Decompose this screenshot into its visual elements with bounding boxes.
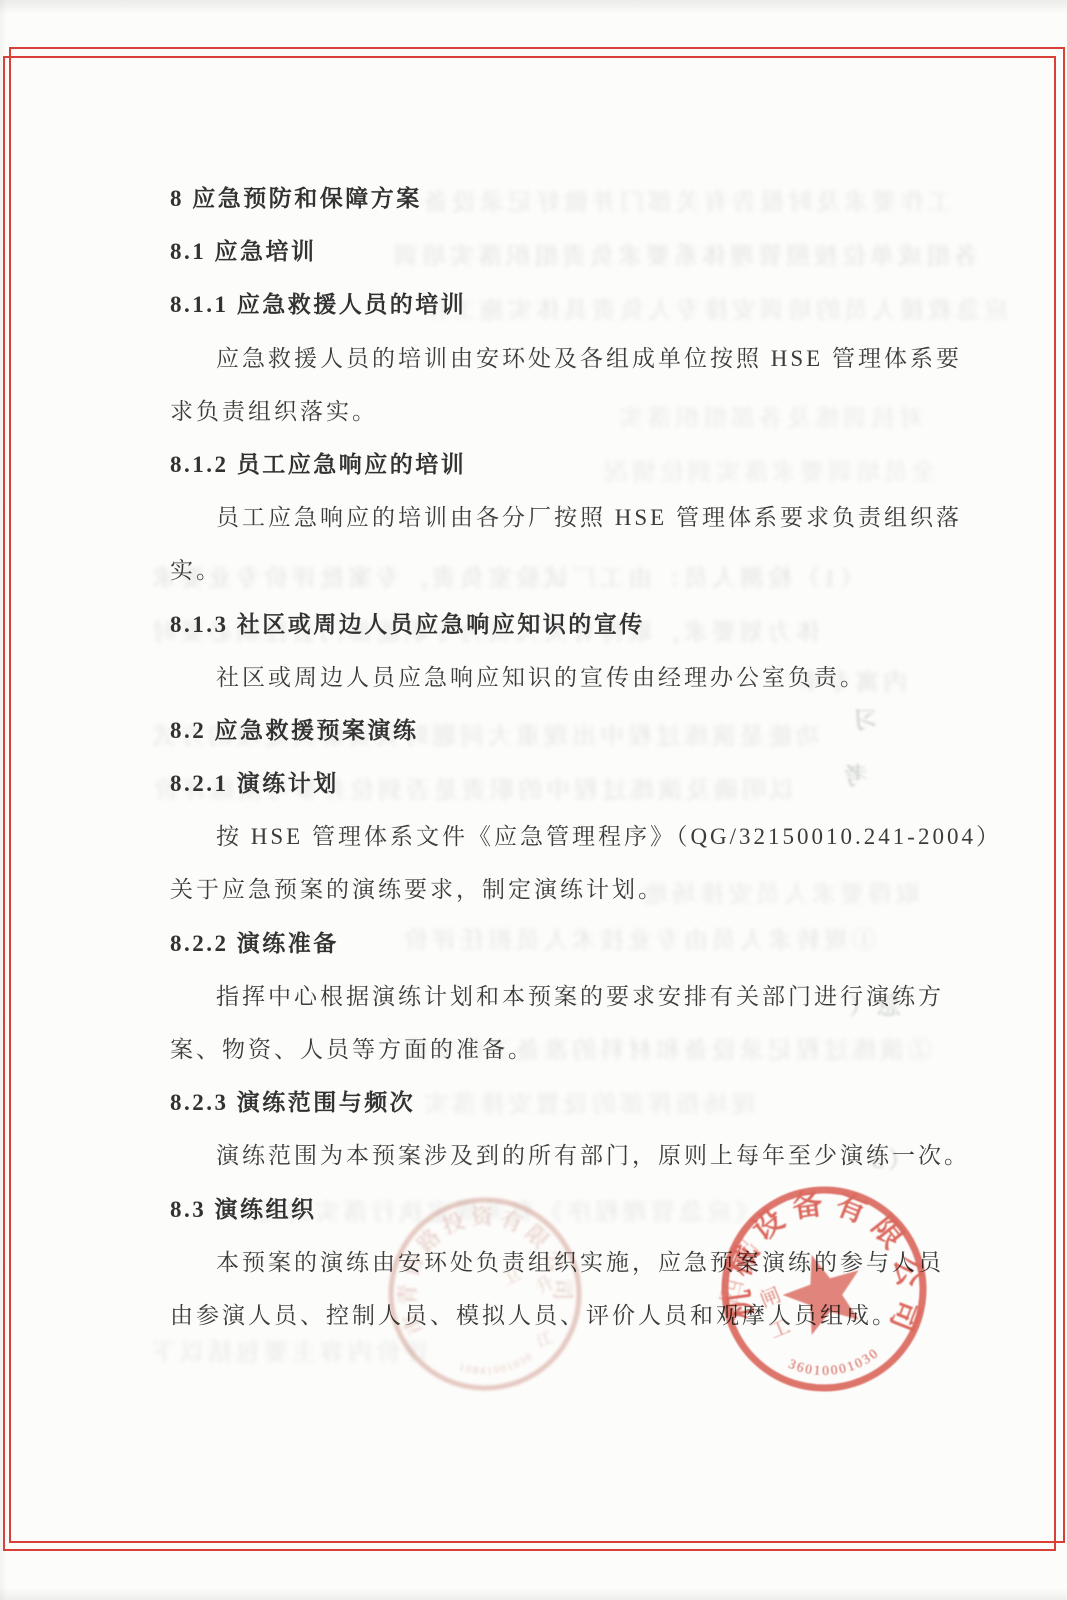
- paragraph-line: 关于应急预案的演练要求，制定演练计划。: [170, 863, 912, 916]
- paragraph-line: 实。: [170, 544, 912, 597]
- heading-8-3: 8.3 演练组织: [170, 1183, 912, 1236]
- heading-8-1-3: 8.1.3 社区或周边人员应急响应知识的宣传: [170, 598, 912, 651]
- paragraph-line: 本预案的演练由安环处负责组织实施，应急预案演练的参与人员: [170, 1236, 912, 1289]
- heading-8-1-1: 8.1.1 应急救援人员的培训: [170, 278, 912, 331]
- paragraph-line: 案、物资、人员等方面的准备。: [170, 1023, 912, 1076]
- paragraph-line: 演练范围为本预案涉及到的所有部门，原则上每年至少演练一次。: [170, 1129, 912, 1182]
- paragraph-line: 应急救援人员的培训由安环处及各组成单位按照 HSE 管理体系要: [170, 332, 912, 385]
- heading-8-1: 8.1 应急培训: [170, 225, 912, 278]
- heading-8-2-2: 8.2.2 演练准备: [170, 917, 912, 970]
- paragraph-line: 按 HSE 管理体系文件《应急管理程序》（QG/32150010.241-200…: [170, 810, 912, 863]
- scanned-document-page: { "page": { "background": "#fcfcfa", "bo…: [0, 0, 1067, 1600]
- heading-8-2: 8.2 应急救援预案演练: [170, 704, 912, 757]
- paragraph-line: 指挥中心根据演练计划和本预案的要求安排有关部门进行演练方: [170, 970, 912, 1023]
- heading-8-2-3: 8.2.3 演练范围与频次: [170, 1076, 912, 1129]
- heading-8-1-2: 8.1.2 员工应急响应的培训: [170, 438, 912, 491]
- heading-8-2-1: 8.2.1 演练计划: [170, 757, 912, 810]
- paragraph-line: 员工应急响应的培训由各分厂按照 HSE 管理体系要求负责组织落: [170, 491, 912, 544]
- paragraph-line: 由参演人员、控制人员、模拟人员、评价人员和观摩人员组成。: [170, 1289, 912, 1342]
- paragraph-line: 社区或周边人员应急响应知识的宣传由经理办公室负责。: [170, 651, 912, 704]
- document-body: 8 应急预防和保障方案 8.1 应急培训 8.1.1 应急救援人员的培训 应急救…: [170, 172, 912, 1342]
- paragraph-line: 求负责组织落实。: [170, 385, 912, 438]
- heading-8: 8 应急预防和保障方案: [170, 172, 912, 225]
